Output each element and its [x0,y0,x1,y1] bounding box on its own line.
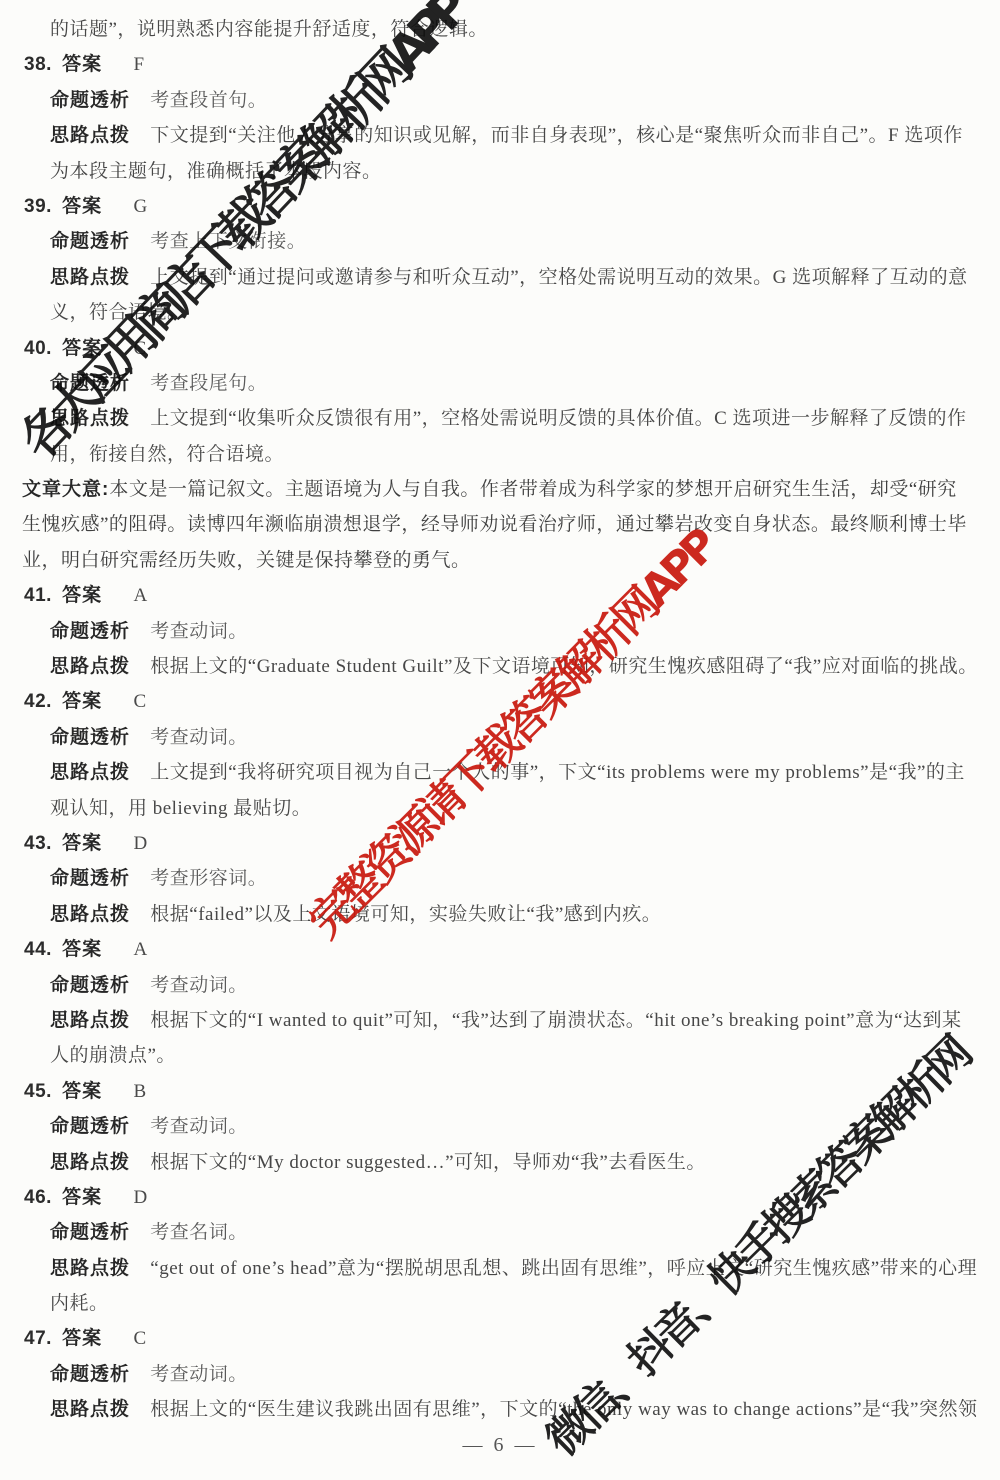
answer-letter: D [133,833,147,854]
question-number: 39. [24,196,52,217]
tip-line-39: 思路点拨 上文提到“通过提问或邀请参与和听众互动”，空格处需说明互动的效果。G … [0,260,1000,295]
analysis-text: 考查动词。 [150,727,248,748]
answer-letter: C [133,1328,146,1349]
tip-continuation-46: 内耗。 [0,1286,1000,1321]
tip-label: 思路点拨 [50,1152,130,1173]
tip-text: 根据下文的“I wanted to quit”可知，“我”达到了崩溃状态。“hi… [150,1010,961,1031]
answer-letter: G [133,196,147,217]
answer-letter: C [133,691,146,712]
answer-line-46: 46. 答案 D [0,1180,1000,1215]
answer-label: 答案 [62,1081,102,1102]
analysis-line-47: 命题透析 考查动词。 [0,1357,1000,1392]
answer-letter: F [133,54,144,75]
answer-letter: C [133,338,146,359]
answer-label: 答案 [62,1187,102,1208]
tip-text: 根据上文的“Graduate Student Guilt”及下文语境可知，研究生… [150,656,977,677]
analysis-label: 命题透析 [50,1222,130,1243]
tip-line-38: 思路点拨 下文提到“关注他人分享的知识或见解，而非自身表现”，核心是“聚焦听众而… [0,118,1000,153]
answer-letter: D [133,1187,147,1208]
question-number: 42. [24,691,52,712]
analysis-text: 考查段首句。 [150,90,267,111]
tip-line-43: 思路点拨 根据“failed”以及上文语境可知，实验失败让“我”感到内疚。 [0,897,1000,932]
answer-label: 答案 [62,1328,102,1349]
analysis-text: 考查动词。 [150,1364,248,1385]
question-number: 43. [24,833,52,854]
tip-text: 上文提到“通过提问或邀请参与和听众互动”，空格处需说明互动的效果。G 选项解释了… [150,267,967,288]
tip-label: 思路点拨 [50,1399,130,1420]
analysis-text: 考查动词。 [150,621,248,642]
analysis-text: 考查上下文衔接。 [150,231,306,252]
analysis-line-42: 命题透析 考查动词。 [0,720,1000,755]
answer-label: 答案 [62,54,102,75]
analysis-label: 命题透析 [50,975,130,996]
question-number: 41. [24,585,52,606]
question-number: 38. [24,54,52,75]
answer-line-40: 40. 答案 C [0,331,1000,366]
tip-label: 思路点拨 [50,267,130,288]
tip-label: 思路点拨 [50,656,130,677]
analysis-line-38: 命题透析 考查段首句。 [0,83,1000,118]
tip-continuation-40: 用，衔接自然，符合语境。 [0,437,1000,472]
tip-line-44: 思路点拨 根据下文的“I wanted to quit”可知，“我”达到了崩溃状… [0,1003,1000,1038]
answer-label: 答案 [62,585,102,606]
analysis-line-39: 命题透析 考查上下文衔接。 [0,224,1000,259]
analysis-line-41: 命题透析 考查动词。 [0,614,1000,649]
tip-label: 思路点拨 [50,408,130,429]
tip-label: 思路点拨 [50,125,130,146]
answer-line-47: 47. 答案 C [0,1321,1000,1356]
question-number: 44. [24,939,52,960]
tip-line-46: 思路点拨 “get out of one’s head”意为“摆脱胡思乱想、跳出… [0,1251,1000,1286]
analysis-label: 命题透析 [50,373,130,394]
analysis-label: 命题透析 [50,868,130,889]
answer-line-41: 41. 答案 A [0,578,1000,613]
tip-label: 思路点拨 [50,1258,130,1279]
analysis-label: 命题透析 [50,231,130,252]
answer-letter: A [133,585,147,606]
question-number: 46. [24,1187,52,1208]
question-number: 45. [24,1081,52,1102]
answer-line-38: 38. 答案 F [0,47,1000,82]
tip-text: “get out of one’s head”意为“摆脱胡思乱想、跳出固有思维”… [150,1258,977,1279]
carryover-text-line: 的话题”，说明熟悉内容能提升舒适度，符合逻辑。 [0,12,1000,47]
analysis-line-44: 命题透析 考查动词。 [0,968,1000,1003]
analysis-text: 考查名词。 [150,1222,248,1243]
tip-line-45: 思路点拨 根据下文的“My doctor suggested…”可知，导师劝“我… [0,1145,1000,1180]
analysis-label: 命题透析 [50,1364,130,1385]
passage-summary-line-3: 业，明白研究需经历失败，关键是保持攀登的勇气。 [0,543,1000,578]
tip-text: 上文提到“我将研究项目视为自己一个人的事”，下文“its problems we… [150,762,965,783]
analysis-label: 命题透析 [50,90,130,111]
analysis-text: 考查动词。 [150,1116,248,1137]
analysis-label: 命题透析 [50,621,130,642]
answer-label: 答案 [62,196,102,217]
answer-line-43: 43. 答案 D [0,826,1000,861]
tip-text: 根据下文的“My doctor suggested…”可知，导师劝“我”去看医生… [150,1152,706,1173]
analysis-line-40: 命题透析 考查段尾句。 [0,366,1000,401]
analysis-label: 命题透析 [50,727,130,748]
answer-line-39: 39. 答案 G [0,189,1000,224]
answer-letter: A [133,939,147,960]
question-number: 47. [24,1328,52,1349]
tip-text: 上文提到“收集听众反馈很有用”，空格处需说明反馈的具体价值。C 选项进一步解释了… [150,408,966,429]
analysis-label: 命题透析 [50,1116,130,1137]
tip-label: 思路点拨 [50,1010,130,1031]
analysis-text: 考查动词。 [150,975,248,996]
answer-label: 答案 [62,338,102,359]
tip-text: 根据上文的“医生建议我跳出固有思维”，下文的“the only way was … [150,1399,977,1420]
question-number: 40. [24,338,52,359]
tip-line-40: 思路点拨 上文提到“收集听众反馈很有用”，空格处需说明反馈的具体价值。C 选项进… [0,401,1000,436]
analysis-line-45: 命题透析 考查动词。 [0,1109,1000,1144]
tip-label: 思路点拨 [50,904,130,925]
analysis-text: 考查形容词。 [150,868,267,889]
tip-text: 下文提到“关注他人分享的知识或见解，而非自身表现”，核心是“聚焦听众而非自己”。… [150,125,963,146]
tip-line-41: 思路点拨 根据上文的“Graduate Student Guilt”及下文语境可… [0,649,1000,684]
answer-label: 答案 [62,691,102,712]
tip-continuation-38: 为本段主题句，准确概括了本段内容。 [0,154,1000,189]
answer-label: 答案 [62,833,102,854]
tip-continuation-42: 观认知，用 believing 最贴切。 [0,791,1000,826]
scanned-answer-page: { "page": { "footer": "— 6 —" }, "labels… [0,0,1000,1480]
tip-continuation-39: 义，符合语境。 [0,295,1000,330]
answer-line-42: 42. 答案 C [0,684,1000,719]
passage-summary-line-2: 生愧疚感”的阻碍。读博四年濒临崩溃想退学，经导师劝说看治疗师，通过攀岩改变自身状… [0,507,1000,542]
summary-text: 本文是一篇记叙文。主题语境为人与自我。作者带着成为科学家的梦想开启研究生生活，却… [109,479,956,500]
passage-summary-line-1: 文章大意:本文是一篇记叙文。主题语境为人与自我。作者带着成为科学家的梦想开启研究… [0,472,1000,507]
analysis-line-46: 命题透析 考查名词。 [0,1215,1000,1250]
answer-line-44: 44. 答案 A [0,932,1000,967]
summary-label: 文章大意: [22,479,109,500]
tip-text: 根据“failed”以及上文语境可知，实验失败让“我”感到内疚。 [150,904,661,925]
analysis-text: 考查段尾句。 [150,373,267,394]
answer-line-45: 45. 答案 B [0,1074,1000,1109]
tip-line-47: 思路点拨 根据上文的“医生建议我跳出固有思维”，下文的“the only way… [0,1392,1000,1427]
answer-label: 答案 [62,939,102,960]
tip-line-42: 思路点拨 上文提到“我将研究项目视为自己一个人的事”，下文“its proble… [0,755,1000,790]
answer-letter: B [133,1081,146,1102]
tip-continuation-44: 人的崩溃点”。 [0,1038,1000,1073]
analysis-line-43: 命题透析 考查形容词。 [0,861,1000,896]
tip-label: 思路点拨 [50,762,130,783]
answer-key-document: 的话题”，说明熟悉内容能提升舒适度，符合逻辑。 38. 答案 F 命题透析 考查… [0,0,1000,1463]
page-number: — 6 — [0,1428,1000,1463]
